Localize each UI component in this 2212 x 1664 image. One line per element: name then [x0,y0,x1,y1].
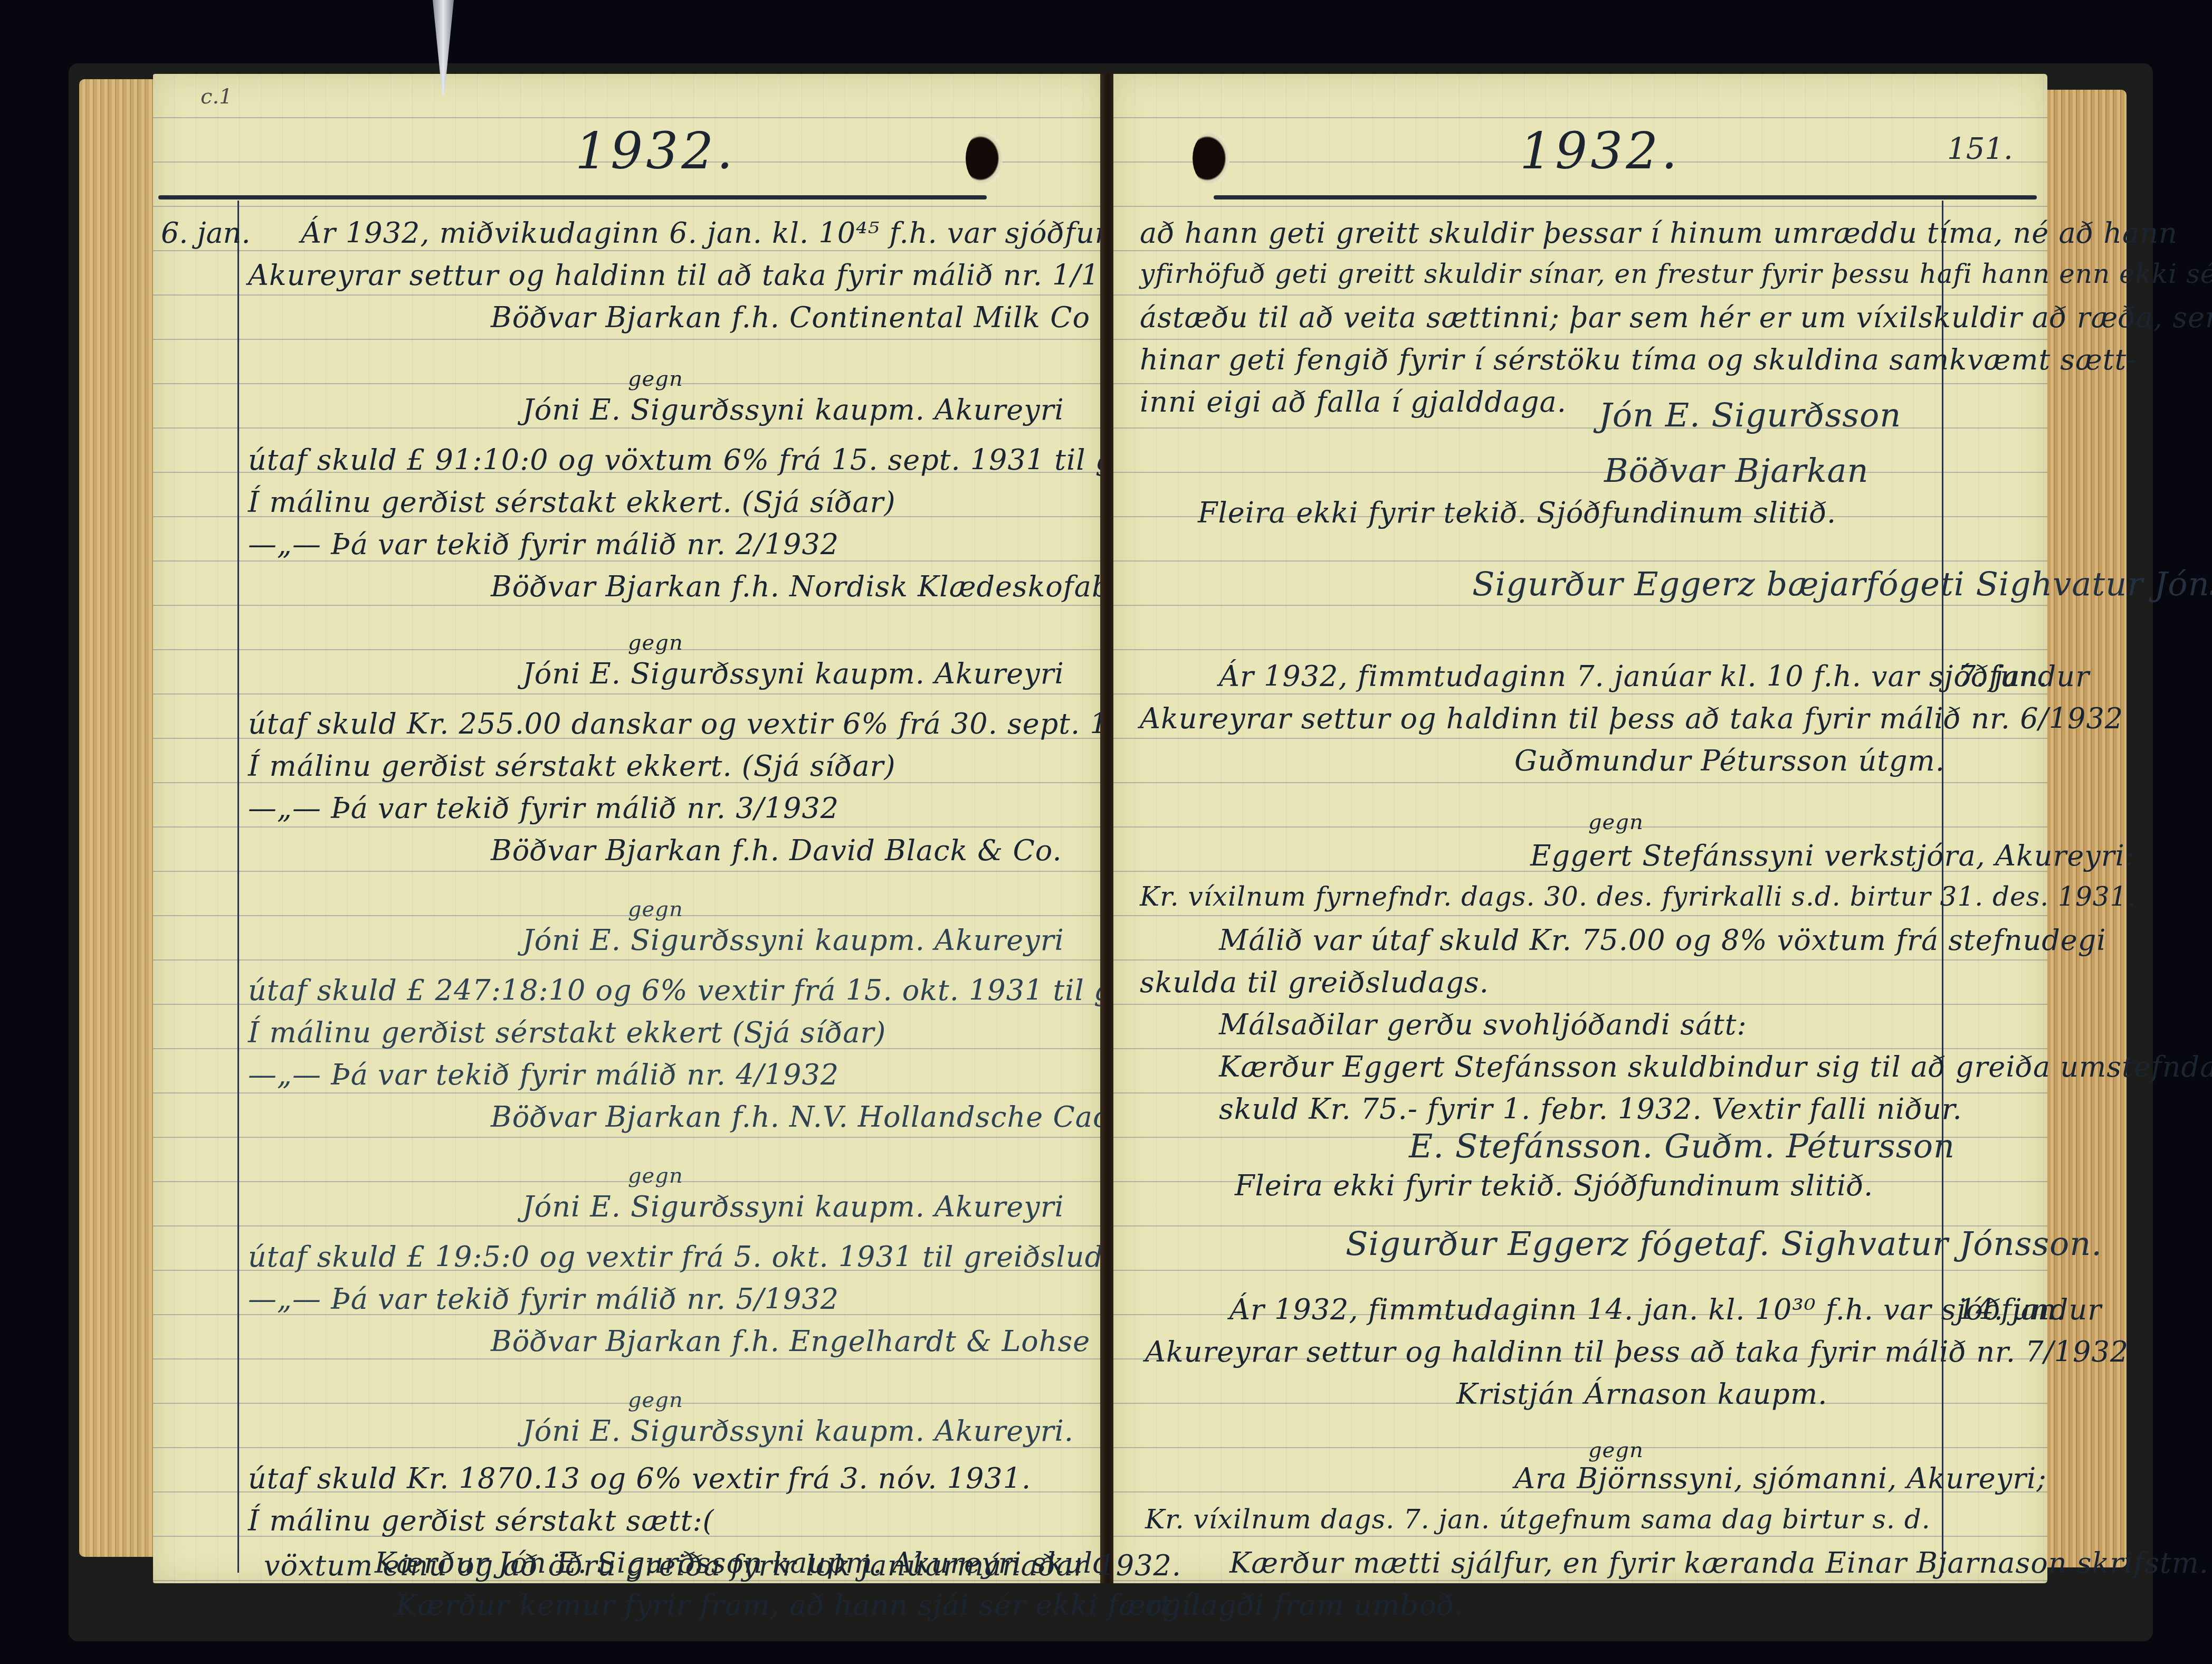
signature: Sigurður Eggerz fógetaf. Sighvatur Jónss… [1346,1224,2102,1263]
entry-line: Jóni E. Sigurðssyni kaupm. Akureyri [522,1190,1064,1223]
header-rule [1214,195,2037,199]
entry-line: Guðmundur Pétursson útgm. [1514,744,1945,777]
page-number: 151. [1947,132,2013,166]
entry-line: Kærður Eggert Stefánsson skuldbindur sig… [1219,1050,2212,1083]
entry-line: gegn [628,897,683,921]
signature: Jón E. Sigurðsson [1599,396,1901,434]
entry-line: —„— Þá var tekið fyrir málið nr. 2/1932 [248,528,839,561]
entry-line: útaf skuld Kr. 1870.13 og 6% vextir frá … [248,1462,1031,1495]
entry-line: Kristján Árnason kaupm. [1456,1377,1827,1411]
entry-line: Böðvar Bjarkan f.h. David Black & Co. [491,834,1062,867]
left-page: c.1 1932. 6. jan. Ár 1932, miðvikudaginn… [153,74,1103,1583]
entry-line: gegn [628,1164,683,1188]
entry-line: og lagði fram umboð. [1145,1589,1463,1622]
punch-hole [966,132,1003,185]
entry-line: Böðvar Bjarkan f.h. Engelhardt & Lohse [491,1325,1090,1358]
entry-line: Jóni E. Sigurðssyni kaupm. Akureyri [522,924,1064,957]
entry-line: Í málinu gerðist sérstakt ekkert. (Sjá s… [248,749,895,783]
entry-line: gegn [628,367,683,391]
entry-line: hinar geti fengið fyrir í sérstöku tíma … [1140,343,2137,376]
entry-line: Jóni E. Sigurðssyni kaupm. Akureyri [522,657,1064,690]
entry-line: —„— Þá var tekið fyrir málið nr. 5/1932 [248,1282,839,1316]
entry-line: Málið var útaf skuld Kr. 75.00 og 8% vöx… [1219,924,2106,957]
signature: Böðvar Bjarkan [1604,451,1868,490]
header-rule [158,195,987,199]
left-page-edges [79,79,153,1557]
entry-line: Kr. víxilnum fyrnefndr. dags. 30. des. f… [1140,881,2136,912]
entry-line: Eggert Stefánssyni verkstjóra, Akureyri: [1530,839,2135,872]
entry-line: Í málinu gerðist sérstakt ekkert. (Sjá s… [248,486,895,519]
margin-rule [237,201,239,1573]
entry-line: Fleira ekki fyrir tekið. Sjóðfundinum sl… [1198,496,1836,529]
entry-line: Böðvar Bjarkan f.h. Nordisk Klædeskofabr… [491,570,1152,603]
entry-line: vöxtum einu og að öðru greiða fyrir lok … [264,1549,1181,1582]
right-year-header: 1932. [1520,121,1681,180]
entry-line: Ár 1932, fimmtudaginn 7. janúar kl. 10 f… [1219,660,2090,693]
entry-line: Í málinu gerðist sérstakt sætt:( [248,1504,714,1537]
entry-line: skulda til greiðsludags. [1140,966,1489,999]
signature: E. Stefánsson. Guðm. Pétursson [1409,1127,1955,1165]
entry-line: að hann geti greitt skuldir þessar í hin… [1140,216,2178,250]
pencil-mark: c.1 [201,84,233,109]
entry-line: Fleira ekki fyrir tekið. Sjóðfundinum sl… [1235,1169,1873,1202]
entry-line: —„— Þá var tekið fyrir málið nr. 3/1932 [248,792,839,825]
entry-line: Kr. víxilnum dags. 7. jan. útgefnum sama… [1145,1504,1931,1535]
entry-line: gegn [1588,1438,1644,1462]
entry-line: Ár 1932, fimmtudaginn 14. jan. kl. 10³⁰ … [1229,1293,2102,1326]
margin-date: 6. jan. [161,216,251,250]
signature: Sigurður Eggerz bæjarfógeti Sighvatur Jó… [1472,565,2212,603]
entry-line: Ara Björnssyni, sjómanni, Akureyri; [1514,1462,2047,1495]
left-year-header: 1932. [575,121,736,180]
entry-line: gegn [1588,810,1644,834]
entry-line: Í málinu gerðist sérstakt ekkert (Sjá sí… [248,1016,886,1049]
entry-line: Akureyrar settur og haldinn til þess að … [1140,702,2123,735]
entry-line: útaf skuld £ 19:5:0 og vextir frá 5. okt… [248,1240,1165,1273]
entry-line: Jóni E. Sigurðssyni kaupm. Akureyri. [522,1414,1074,1448]
right-page: 1932. 151. 7. jan. 14. jan. að hann geti… [1113,74,2047,1583]
entry-line: inni eigi að falla í gjalddaga. [1140,385,1567,419]
entry-line: Kærður mætti sjálfur, en fyrir kæranda E… [1229,1546,2209,1580]
entry-line: Akureyrar settur og haldinn til þess að … [1145,1335,2129,1368]
entry-line: gegn [628,631,683,655]
entry-line: ástæðu til að veita sættinni; þar sem hé… [1140,301,2212,334]
entry-line: Akureyrar settur og haldinn til að taka … [248,259,1156,292]
entry-line: —„— Þá var tekið fyrir málið nr. 4/1932 [248,1058,839,1091]
entry-line: skuld Kr. 75.- fyrir 1. febr. 1932. Vext… [1219,1092,1962,1126]
entry-line: Ár 1932, miðvikudaginn 6. jan. kl. 10⁴⁵ … [301,216,1166,250]
punch-hole [1193,132,1229,185]
entry-line: Jóni E. Sigurðssyni kaupm. Akureyri [522,393,1064,426]
entry-line: yfirhöfuð geti greitt skuldir sínar, en … [1140,259,2212,289]
entry-line: gegn [628,1388,683,1412]
entry-line: Málsaðilar gerðu svohljóðandi sátt: [1219,1008,1747,1041]
entry-line: Kærður kemur fyrir fram, að hann sjái sé… [396,1589,1191,1622]
